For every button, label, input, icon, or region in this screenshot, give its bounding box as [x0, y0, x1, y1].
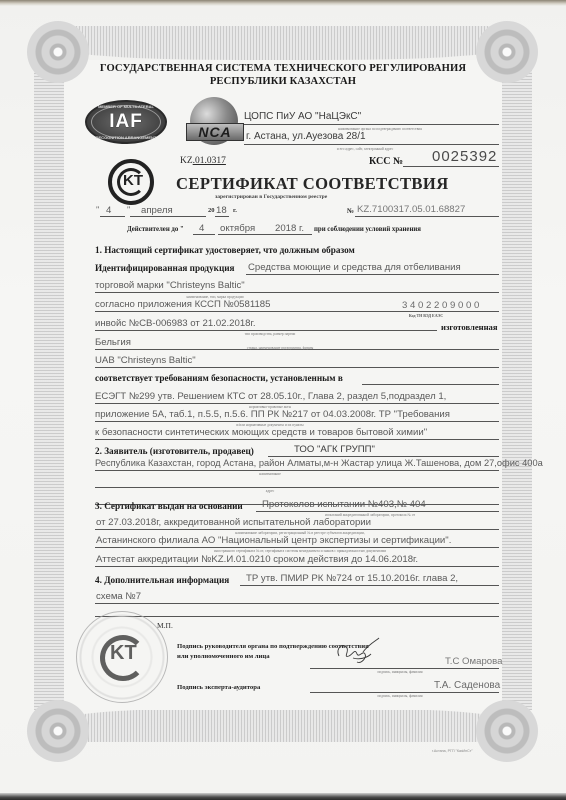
basis-line-2: от 27.03.2018г, аккредитованной испытате…: [96, 517, 371, 528]
rosette-ornament-icon: [476, 700, 538, 762]
head-signature-label-line-2: или уполномоченного им лица: [177, 653, 270, 660]
applicant-address-hint: адрес: [260, 489, 280, 493]
certificate-page: ГОСУДАРСТВЕННАЯ СИСТЕМА ТЕХНИЧЕСКОГО РЕГ…: [0, 0, 566, 800]
invoice-reference: инвойс №CB-006983 от 21.02.2018г.: [95, 318, 256, 329]
printer-note: г.Астана, РГП "КазИнСт": [432, 749, 473, 753]
kz-number: .01.0317: [193, 156, 226, 166]
handwritten-signature-icon: [333, 636, 381, 666]
issuer-address-underline: [244, 144, 499, 145]
valid-month: октября: [220, 223, 255, 234]
manufacturer-country: Бельгия: [95, 337, 131, 348]
issuer-body-name: ЦОПС ПиУ АО "НаЦЭкС": [244, 111, 361, 122]
basis-line-4: Аттестат аккредитации №KZ.И.01.0210 срок…: [96, 554, 418, 565]
tn-ved-code: 3 4 0 2 2 0 9 0 0 0: [402, 300, 479, 311]
basis-line-3: Астанинского филиала АО "Национальный це…: [96, 535, 451, 546]
kz-prefix: KZ: [180, 156, 193, 166]
nca-logo-label: NCA: [186, 123, 244, 141]
issuer-address: г. Астана, ул.Ауезова 28/1: [246, 131, 366, 142]
gov-title-line-1: ГОСУДАРСТВЕННАЯ СИСТЕМА ТЕХНИЧЕСКОГО РЕГ…: [64, 62, 502, 75]
kss-label: КСС №: [369, 156, 403, 167]
kt-logo-icon: KT: [108, 159, 154, 205]
kt-logo-label: KT: [123, 172, 143, 189]
government-system-title: ГОСУДАРСТВЕННАЯ СИСТЕМА ТЕХНИЧЕСКОГО РЕГ…: [64, 62, 502, 88]
kss-serial-number: 0025392: [432, 148, 497, 165]
additional-info-line-1: ТР утв. ПМИР РК №724 от 15.10.2016г. гла…: [246, 573, 458, 584]
issuer-body-underline: [244, 124, 499, 125]
applicant-name: ТОО "АГК ГРУПП": [294, 444, 375, 455]
guilloche-border-top: [70, 26, 496, 60]
manufactured-label: изготовленная: [441, 322, 497, 332]
tn-ved-hint: Код ТН ВЭД ЕАЭС: [396, 313, 456, 318]
state-registry-number: KZ.7100317.05.01.68827: [357, 204, 465, 215]
compliance-label: соответствует требованиям безопасности, …: [95, 373, 343, 383]
valid-year: 2018 г.: [275, 223, 304, 234]
guilloche-border-right: [502, 58, 532, 710]
guilloche-border-left: [34, 58, 64, 710]
product-name-line-2: торговой марки "Christeyns Baltic": [95, 280, 245, 291]
appendix-reference: согласно приложения КССП №0581185: [95, 299, 270, 310]
product-label: Идентифицированная продукция: [95, 263, 235, 273]
issuer-address-hint: и его адрес, сайт, электронный адрес: [300, 147, 430, 151]
kss-number-underline: [403, 166, 499, 167]
product-name-line-1: Средства моющие и средства для отбеливан…: [248, 262, 461, 273]
issue-day: 4: [106, 205, 111, 216]
issue-year-prefix: 20: [208, 207, 215, 214]
issue-month: апреля: [141, 205, 173, 216]
gov-title-line-2: РЕСПУБЛИКИ КАЗАХСТАН: [64, 75, 502, 88]
invoice-hint: тип производства, размер партии: [230, 332, 310, 336]
additional-info-line-2: схема №7: [96, 591, 141, 602]
scan-edge-bottom: [0, 793, 566, 800]
norm-line-2: приложение 5А, таб.1, п.5.5, п.5.6. ПП Р…: [95, 409, 450, 420]
auditor-signature-label: Подпись эксперта-аудитора: [177, 684, 260, 691]
manufacturer-name: UAB "Christeyns Baltic": [95, 355, 196, 366]
valid-until-label: Действителен до ": [127, 226, 184, 233]
auditor-name: Т.А. Саденова: [434, 680, 500, 691]
section-1-heading: 1. Настоящий сертификат удостоверяет, чт…: [95, 245, 355, 255]
section-4-heading: 4. Дополнительная информация: [95, 575, 229, 585]
iaf-ring-text-bottom: RECOGNITION ARRANGEMENT: [87, 135, 165, 140]
kz-registration: KZ.01.0317: [180, 156, 226, 166]
guilloche-border-bottom: [70, 708, 496, 742]
scan-edge-top: [0, 0, 566, 6]
norm-line-1: ЕСЭГТ №299 утв. Решением КТС от 28.05.10…: [95, 391, 446, 402]
basis-line-1: Протоколов испытании №403,№ 404: [262, 499, 426, 510]
seal-kt-label: KT: [110, 642, 137, 665]
official-seal-stamp: KT: [76, 611, 168, 703]
reg-number-label: №: [347, 207, 354, 215]
seal-place-label: М.П.: [157, 621, 173, 630]
country-hint: страна, наименование предприятия, фирмы: [230, 346, 330, 350]
certificate-title: СЕРТИФИКАТ СООТВЕТСТВИЯ: [176, 174, 449, 194]
auditor-signature-hint: подпись, инициалы, фамилия: [365, 694, 435, 698]
basis-hint-3: иностранного сертификата № от, сертифика…: [150, 549, 450, 553]
iaf-logo-icon: MEMBER OF MULTILATERAL IAF RECOGNITION A…: [85, 100, 167, 144]
head-signatory-name: Т.С Омарова: [445, 656, 502, 667]
applicant-address: Республика Казахстан, город Астана, райо…: [95, 458, 543, 468]
applicant-name-hint: наименование: [250, 472, 290, 476]
section-2-heading: 2. Заявитель (изготовитель, продавец): [95, 446, 254, 456]
issue-year-unit: г.: [233, 207, 237, 214]
valid-day: 4: [199, 223, 204, 234]
section-3-heading: 3. Сертификат выдан на основании: [95, 501, 243, 511]
rosette-ornament-icon: [27, 700, 89, 762]
certificate-subtitle: зарегистрирован в Государственном реестр…: [215, 194, 327, 200]
storage-condition-label: при соблюдении условий хранения: [314, 226, 421, 233]
issue-year-suffix: 18: [216, 205, 227, 216]
head-signature-hint: подпись, инициалы, фамилия: [365, 670, 435, 674]
norm-line-3: к безопасности синтетических моющих сред…: [95, 427, 427, 438]
iaf-ring-text-top: MEMBER OF MULTILATERAL: [87, 104, 165, 109]
nca-globe-logo-icon: NCA: [186, 97, 240, 151]
